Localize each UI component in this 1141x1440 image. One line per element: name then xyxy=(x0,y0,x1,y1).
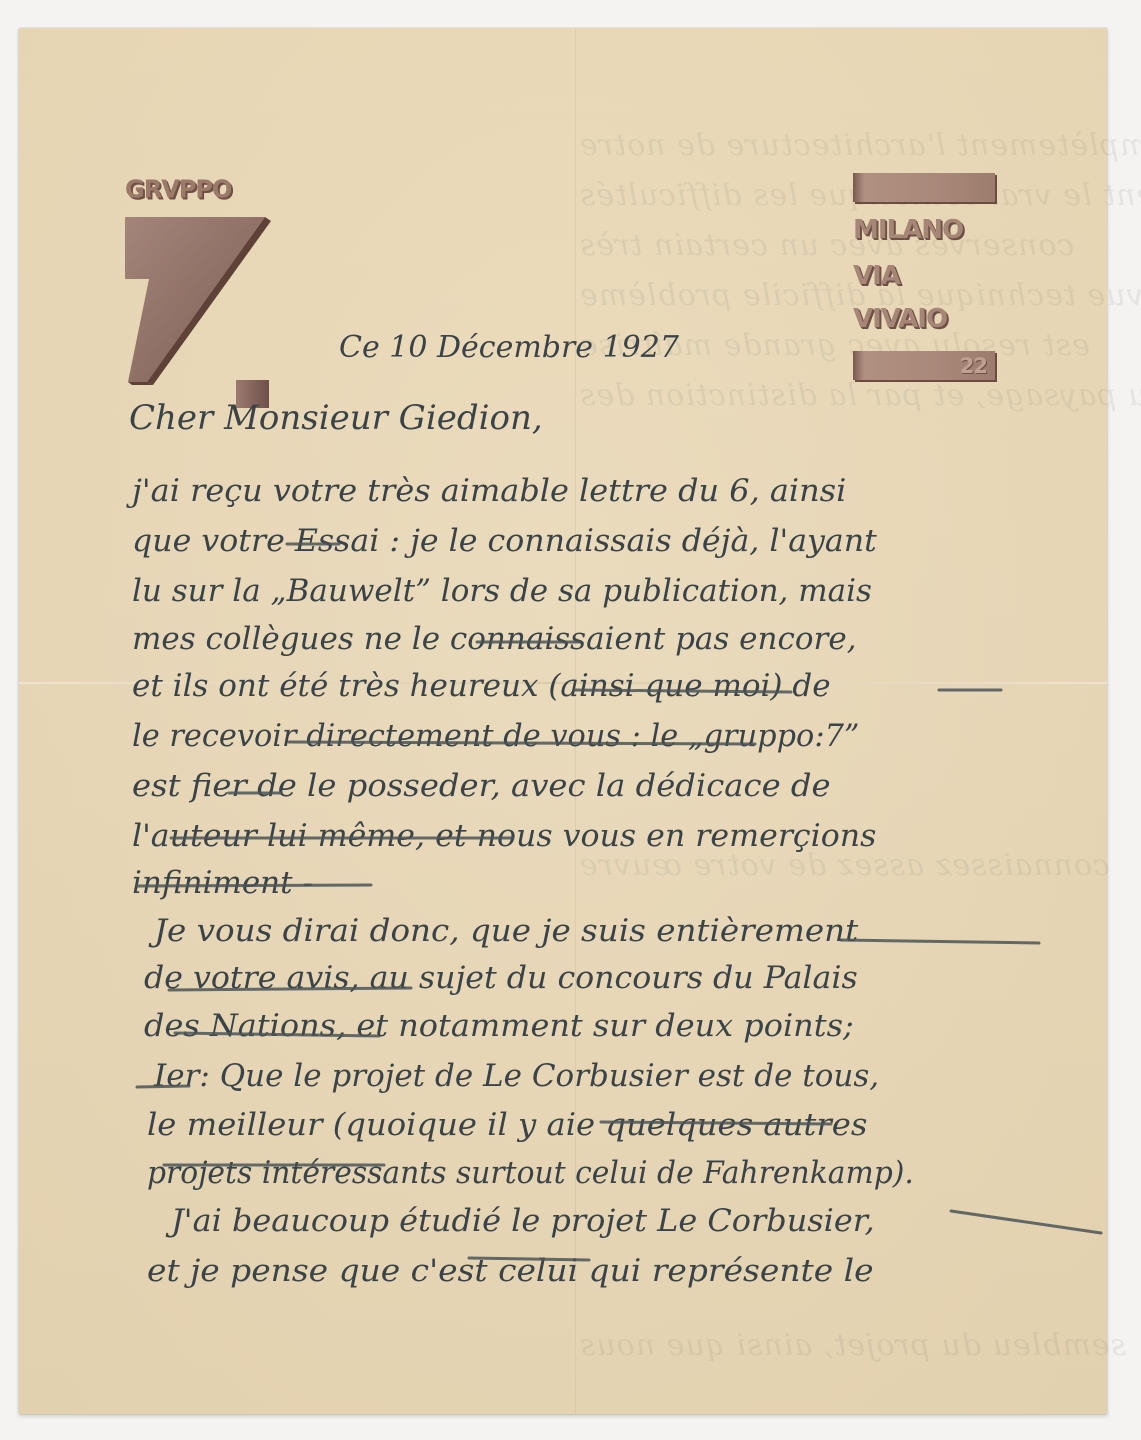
underline-strokes xyxy=(19,28,1107,1414)
letter-page: plus complètement l'architecture de notr… xyxy=(19,28,1107,1414)
